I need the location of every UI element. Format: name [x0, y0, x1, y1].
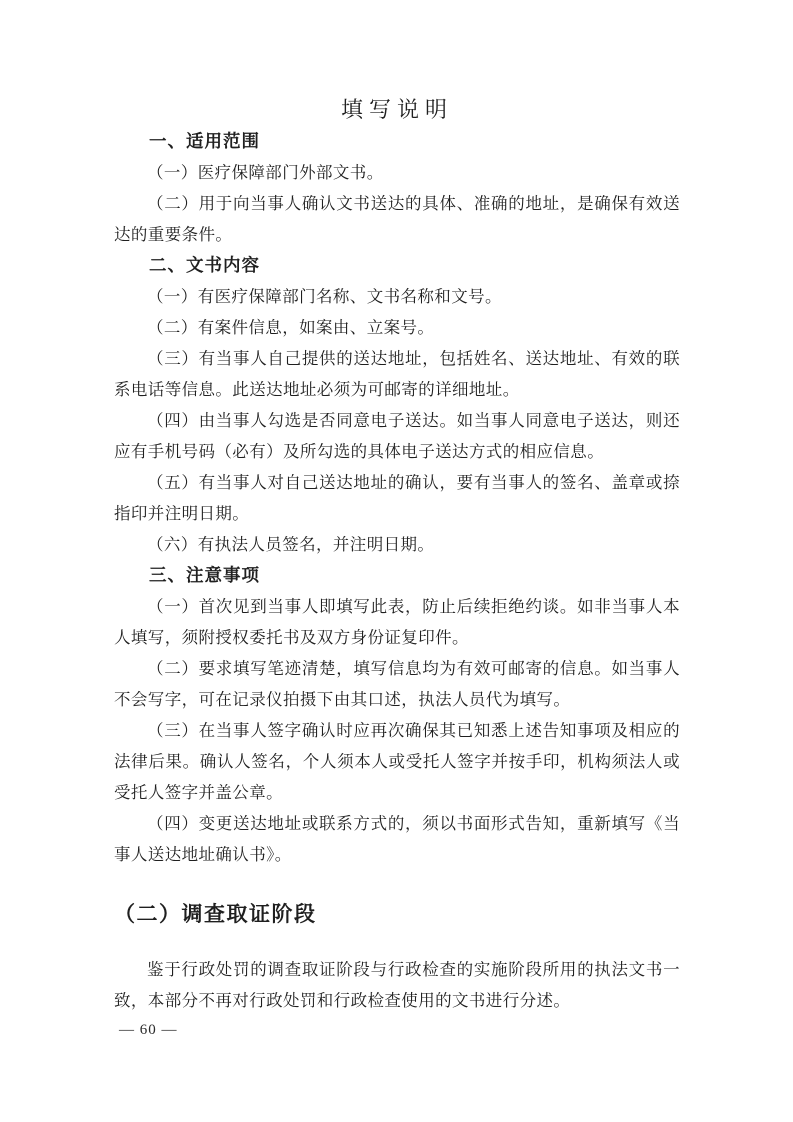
paragraph: 鉴于行政处罚的调查取证阶段与行政检查的实施阶段所用的执法文书一致，本部分不再对行… [114, 954, 680, 1016]
paragraph: （二）有案件信息，如案由、立案号。 [114, 312, 680, 343]
paragraph: （二）用于向当事人确认文书送达的具体、准确的地址，是确保有效送达的重要条件。 [114, 188, 680, 250]
document-content: 填写说明 一、适用范围 （一）医疗保障部门外部文书。 （二）用于向当事人确认文书… [114, 0, 680, 1016]
paragraph: （四）由当事人勾选是否同意电子送达。如当事人同意电子送达，则还应有手机号码（必有… [114, 405, 680, 467]
paragraph: （二）要求填写笔迹清楚，填写信息均为有效可邮寄的信息。如当事人不会写字，可在记录… [114, 653, 680, 715]
section-heading-notes: 三、注意事项 [114, 560, 680, 591]
paragraph: （四）变更送达地址或联系方式的，须以书面形式告知，重新填写《当事人送达地址确认书… [114, 808, 680, 870]
paragraph: （三）有当事人自己提供的送达地址，包括姓名、送达地址、有效的联系电话等信息。此送… [114, 343, 680, 405]
paragraph: （六）有执法人员签名，并注明日期。 [114, 529, 680, 560]
paragraph: （一）有医疗保障部门名称、文书名称和文号。 [114, 281, 680, 312]
page-number: — 60 — [119, 1020, 178, 1040]
paragraph: （一）首次见到当事人即填写此表，防止后续拒绝约谈。如非当事人本人填写，须附授权委… [114, 591, 680, 653]
paragraph: （五）有当事人对自己送达地址的确认，要有当事人的签名、盖章或捺指印并注明日期。 [114, 467, 680, 529]
subsection-heading-investigation: （二）调查取证阶段 [114, 896, 680, 932]
document-page: 填写说明 一、适用范围 （一）医疗保障部门外部文书。 （二）用于向当事人确认文书… [0, 0, 793, 1122]
page-title: 填写说明 [114, 93, 680, 126]
section-heading-content: 二、文书内容 [114, 250, 680, 281]
section-heading-scope: 一、适用范围 [114, 126, 680, 157]
paragraph: （一）医疗保障部门外部文书。 [114, 157, 680, 188]
paragraph: （三）在当事人签字确认时应再次确保其已知悉上述告知事项及相应的法律后果。确认人签… [114, 715, 680, 808]
